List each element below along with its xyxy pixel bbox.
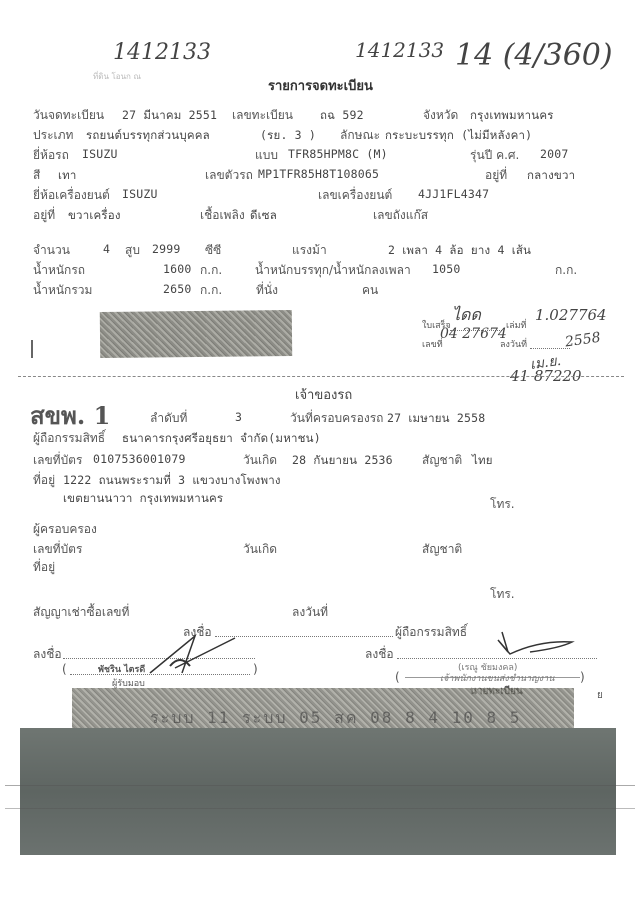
- brand-label: ยี่ห้อรถ: [33, 146, 69, 165]
- possessor-birth-label: วันเกิด: [243, 540, 277, 559]
- owner-birth-value: 28 กันยายน 2536: [292, 452, 393, 470]
- receipt-date-field: [530, 340, 570, 349]
- redaction-line-1: [5, 785, 635, 786]
- order-value: 3: [235, 410, 242, 424]
- left-name-line: [70, 664, 250, 675]
- owner-nationality-value: ไทย: [472, 452, 493, 470]
- owner-address-line1: 1222 ถนนพระรามที่ 3 แขวงบางโพงพาง: [63, 472, 281, 490]
- handwritten-note-left: 1412133: [113, 40, 211, 65]
- right-paren-close: ): [580, 670, 585, 684]
- engine-number-label: เลขเครื่องยนต์: [318, 186, 392, 205]
- contract-label: สัญญาเช่าซื้อเลขที่: [33, 603, 129, 622]
- total-weight-label: น้ำหนักรวม: [33, 281, 92, 300]
- book-label: เล่มที่: [506, 318, 526, 332]
- load-unit: ก.ก.: [555, 261, 577, 280]
- load-value: 1050: [432, 262, 461, 276]
- load-label: น้ำหนักบรรทุก/น้ำหนักลงเพลา: [255, 261, 411, 280]
- year-value: 2007: [540, 147, 569, 161]
- book-value: 1.027764: [535, 306, 607, 324]
- owner-birth-label: วันเกิด: [243, 451, 277, 470]
- chassis-value: MP1TFR85H8T108065: [258, 167, 379, 181]
- section-divider: [18, 376, 624, 377]
- possession-date-label: วันที่ครอบครองรถ: [290, 409, 383, 428]
- owner-address-line2: เขตยานนาวา กรุงเทพมหานคร: [63, 490, 223, 508]
- reg-date-label: วันจดทะเบียน: [33, 106, 104, 125]
- gas-tank-label: เลขถังแก๊ส: [373, 206, 428, 225]
- left-signatory-name: พัชริน ไตรดี: [98, 662, 145, 676]
- fuel-label: เชื้อเพลิง: [200, 206, 245, 225]
- province-label: จังหวัด: [423, 106, 458, 125]
- chassis-location-label: อยู่ที่: [485, 166, 507, 185]
- right-paren-open: (: [395, 670, 400, 684]
- receipt-number-value: 04 27674: [440, 326, 507, 342]
- owner-id-value: 0107536001079: [93, 452, 186, 466]
- handwritten-note-center: 1412133: [355, 38, 444, 62]
- type-value: รถยนต์บรรทุกส่วนบุคคล: [86, 127, 210, 145]
- owner-address-label: ที่อยู่: [33, 471, 55, 490]
- page-mark: ย: [597, 688, 603, 703]
- chassis-label: เลขตัวรถ: [205, 166, 253, 185]
- engine-number-value: 4JJ1FL4347: [418, 187, 489, 201]
- total-weight-value: 2650: [163, 282, 192, 296]
- margin-mark: [31, 340, 33, 358]
- receipt-value: ไดด: [452, 303, 481, 328]
- possessor-nationality-label: สัญชาติ: [422, 540, 462, 559]
- left-sign-label: ลงชื่อ: [33, 645, 62, 664]
- color-value: เทา: [58, 167, 77, 185]
- possession-date-value: 27 เมษายน 2558: [387, 410, 485, 428]
- owner-phone-label: โทร.: [490, 495, 515, 514]
- seats-unit: คน: [362, 281, 378, 300]
- left-paren-close: ): [253, 662, 258, 676]
- engine-brand-value: ISUZU: [122, 187, 158, 201]
- plate-label: เลขทะเบียน: [232, 106, 293, 125]
- receipt-date-label: ลงวันที่: [500, 337, 527, 351]
- receipt-year-value: 2558: [564, 330, 602, 351]
- type-code: (รย. 3 ): [260, 127, 316, 145]
- owner-label: ผู้ถือกรรมสิทธิ์: [33, 429, 105, 448]
- pasted-stamp-upper: [100, 310, 292, 358]
- possessor-id-label: เลขที่บัตร: [33, 540, 82, 559]
- reg-date-value: 27 มีนาคม 2551: [122, 107, 217, 125]
- type-label: ประเภท: [33, 126, 73, 145]
- cc-unit: ซีซี: [205, 241, 221, 260]
- cylinders-value: 4: [103, 242, 110, 256]
- redaction-line-2: [5, 808, 635, 809]
- engine-location-label: อยู่ที่: [33, 206, 55, 225]
- order-label: ลำดับที่: [150, 409, 187, 428]
- plate-value: ถฉ 592: [320, 107, 364, 125]
- total-weight-unit: ก.ก.: [200, 281, 222, 300]
- axle-text: 2 เพลา 4 ล้อ ยาง 4 เส้น: [388, 242, 531, 260]
- redaction-block: [20, 728, 616, 855]
- brand-value: ISUZU: [82, 147, 118, 161]
- possessor-label: ผู้ครอบครอง: [33, 520, 97, 539]
- seats-label: ที่นั่ง: [256, 281, 278, 300]
- owner-nationality-label: สัญชาติ: [422, 451, 462, 470]
- possessor-phone-label: โทร.: [490, 585, 515, 604]
- color-label: สี: [33, 166, 40, 185]
- province-value: กรุงเทพมหานคร: [470, 107, 554, 125]
- year-label: รุ่นปี ค.ศ.: [470, 146, 519, 165]
- model-value: TFR85HPM8C (M): [288, 147, 388, 161]
- right-sign-label: ลงชื่อ: [365, 645, 394, 664]
- horsepower-label: แรงม้า: [292, 241, 327, 260]
- owner-value: ธนาคารกรุงศรีอยุธยา จำกัด(มหาชน): [122, 430, 321, 448]
- weight-unit: ก.ก.: [200, 261, 222, 280]
- engine-brand-label: ยี่ห้อเครื่องยนต์: [33, 186, 110, 205]
- left-paren-open: (: [62, 662, 67, 676]
- engine-location-value: ขวาเครื่อง: [68, 207, 121, 225]
- right-signatory-title: เจ้าพนักงานขนส่งชำนาญงาน: [440, 671, 554, 685]
- cc-value: 2999: [152, 242, 181, 256]
- owner-role-label: ผู้ถือกรรมสิทธิ์: [395, 623, 467, 642]
- fuel-value: ดีเซล: [250, 207, 277, 225]
- handwritten-note-right: 14 (4/360): [455, 38, 613, 73]
- owner-id-label: เลขที่บัตร: [33, 451, 82, 470]
- possessor-address-label: ที่อยู่: [33, 558, 55, 577]
- cylinders-unit: สูบ: [125, 241, 140, 260]
- style-label: ลักษณะ: [340, 126, 380, 145]
- style-value: กระบะบรรทุก (ไม่มีหลังคา): [385, 127, 532, 145]
- weight-value: 1600: [163, 262, 192, 276]
- document-title: รายการจดทะเบียน: [268, 75, 373, 96]
- right-signature-scribble: [490, 630, 580, 660]
- contract-date-label: ลงวันที่: [292, 603, 328, 622]
- cylinders-label: จำนวน: [33, 241, 70, 260]
- weight-label: น้ำหนักรถ: [33, 261, 85, 280]
- chassis-location-value: กลางขวา: [527, 167, 575, 185]
- model-label: แบบ: [255, 146, 278, 165]
- faint-stamp-text: ที่ดิน โอนก ณ: [93, 70, 141, 83]
- owner-heading: เจ้าของรถ: [295, 384, 352, 405]
